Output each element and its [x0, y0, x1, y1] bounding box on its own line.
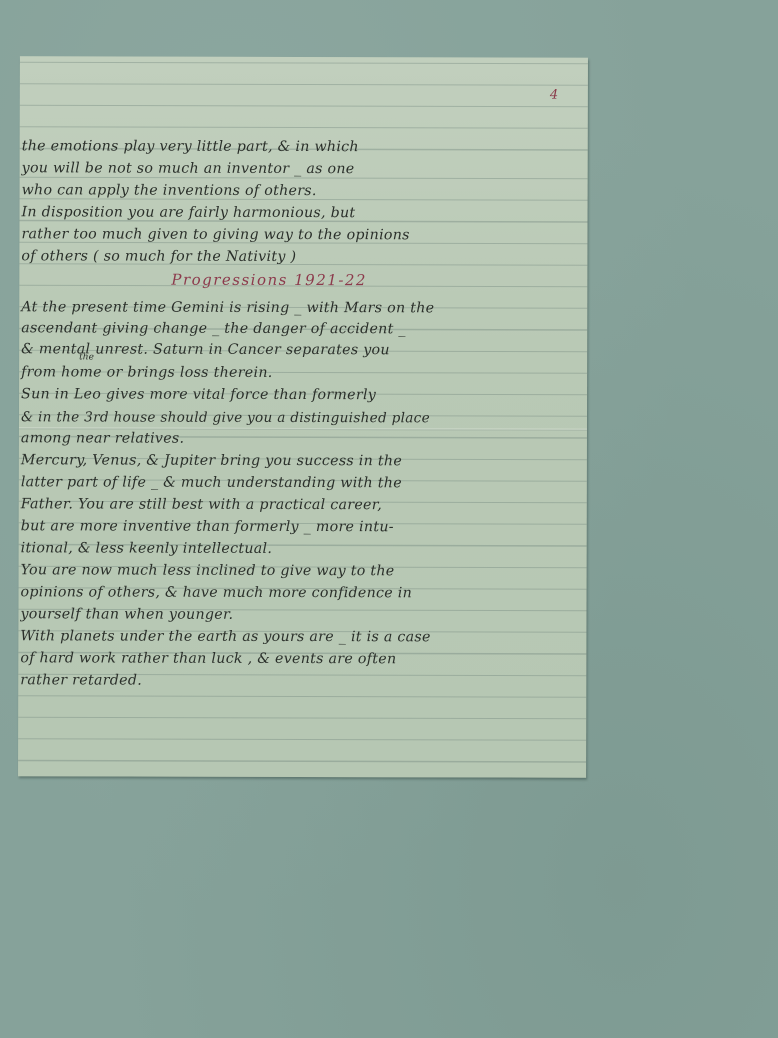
text-line: With planets under the earth as yours ar…	[20, 626, 586, 647]
text-line: In disposition you are fairly harmonious…	[22, 202, 588, 223]
text-line: you will be not so much an inventor _ as…	[22, 158, 588, 179]
text-line: opinions of others, & have much more con…	[21, 582, 587, 603]
text-line: At the present time Gemini is rising _ w…	[21, 297, 587, 318]
text-line: You are now much less inclined to give w…	[21, 560, 587, 581]
text-line: the emotions play very little part, & in…	[22, 136, 588, 157]
text-line: yourself than when younger.	[20, 604, 586, 625]
text-line: Mercury, Venus, & Jupiter bring you succ…	[21, 450, 587, 471]
text-line: Father. You are still best with a practi…	[21, 494, 587, 515]
interlinear-insertion: the	[79, 352, 94, 362]
page-number: 4	[550, 88, 558, 103]
text-line: but are more inventive than formerly _ m…	[21, 516, 587, 537]
text-line: rather retarded.	[20, 670, 586, 691]
text-line: Sun in Leo gives more vital force than f…	[21, 384, 587, 405]
text-line: of others ( so much for the Nativity )	[21, 246, 587, 267]
text-line: & mental unrest. Saturn in Cancer separa…	[21, 339, 587, 360]
text-line: from home or brings loss therein.	[21, 362, 587, 383]
text-line: & in the 3rd house should give you a dis…	[21, 407, 587, 428]
text-line: ascendant giving change _ the danger of …	[21, 318, 587, 339]
text-line: itional, & less keenly intellectual.	[21, 538, 587, 559]
text-line: who can apply the inventions of others.	[22, 180, 588, 201]
section-heading-progressions: Progressions 1921-22	[171, 271, 367, 290]
text-line: rather too much given to giving way to t…	[21, 224, 587, 245]
handwritten-letter-page: 4 the emotions play very little part, & …	[18, 56, 588, 777]
text-line: of hard work rather than luck , & events…	[20, 648, 586, 669]
text-line: latter part of life _ & much understandi…	[21, 472, 587, 493]
text-line: among near relatives.	[21, 428, 587, 449]
